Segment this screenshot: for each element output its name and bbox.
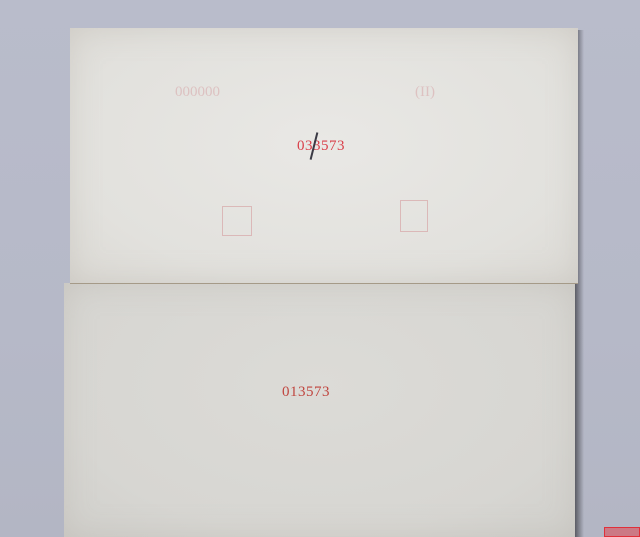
serial-number: 013573 <box>282 384 330 401</box>
faint-stamp-right <box>400 200 428 232</box>
top-note: 000000 (II) 033573 <box>70 28 578 284</box>
serial-number: 033573 <box>297 138 345 155</box>
watermark-logo <box>604 527 640 537</box>
faint-stamp-left <box>222 206 252 236</box>
bottom-note: 013573 <box>64 283 575 537</box>
faint-print-left: 000000 <box>175 84 220 101</box>
faint-print-right: (II) <box>415 84 435 101</box>
